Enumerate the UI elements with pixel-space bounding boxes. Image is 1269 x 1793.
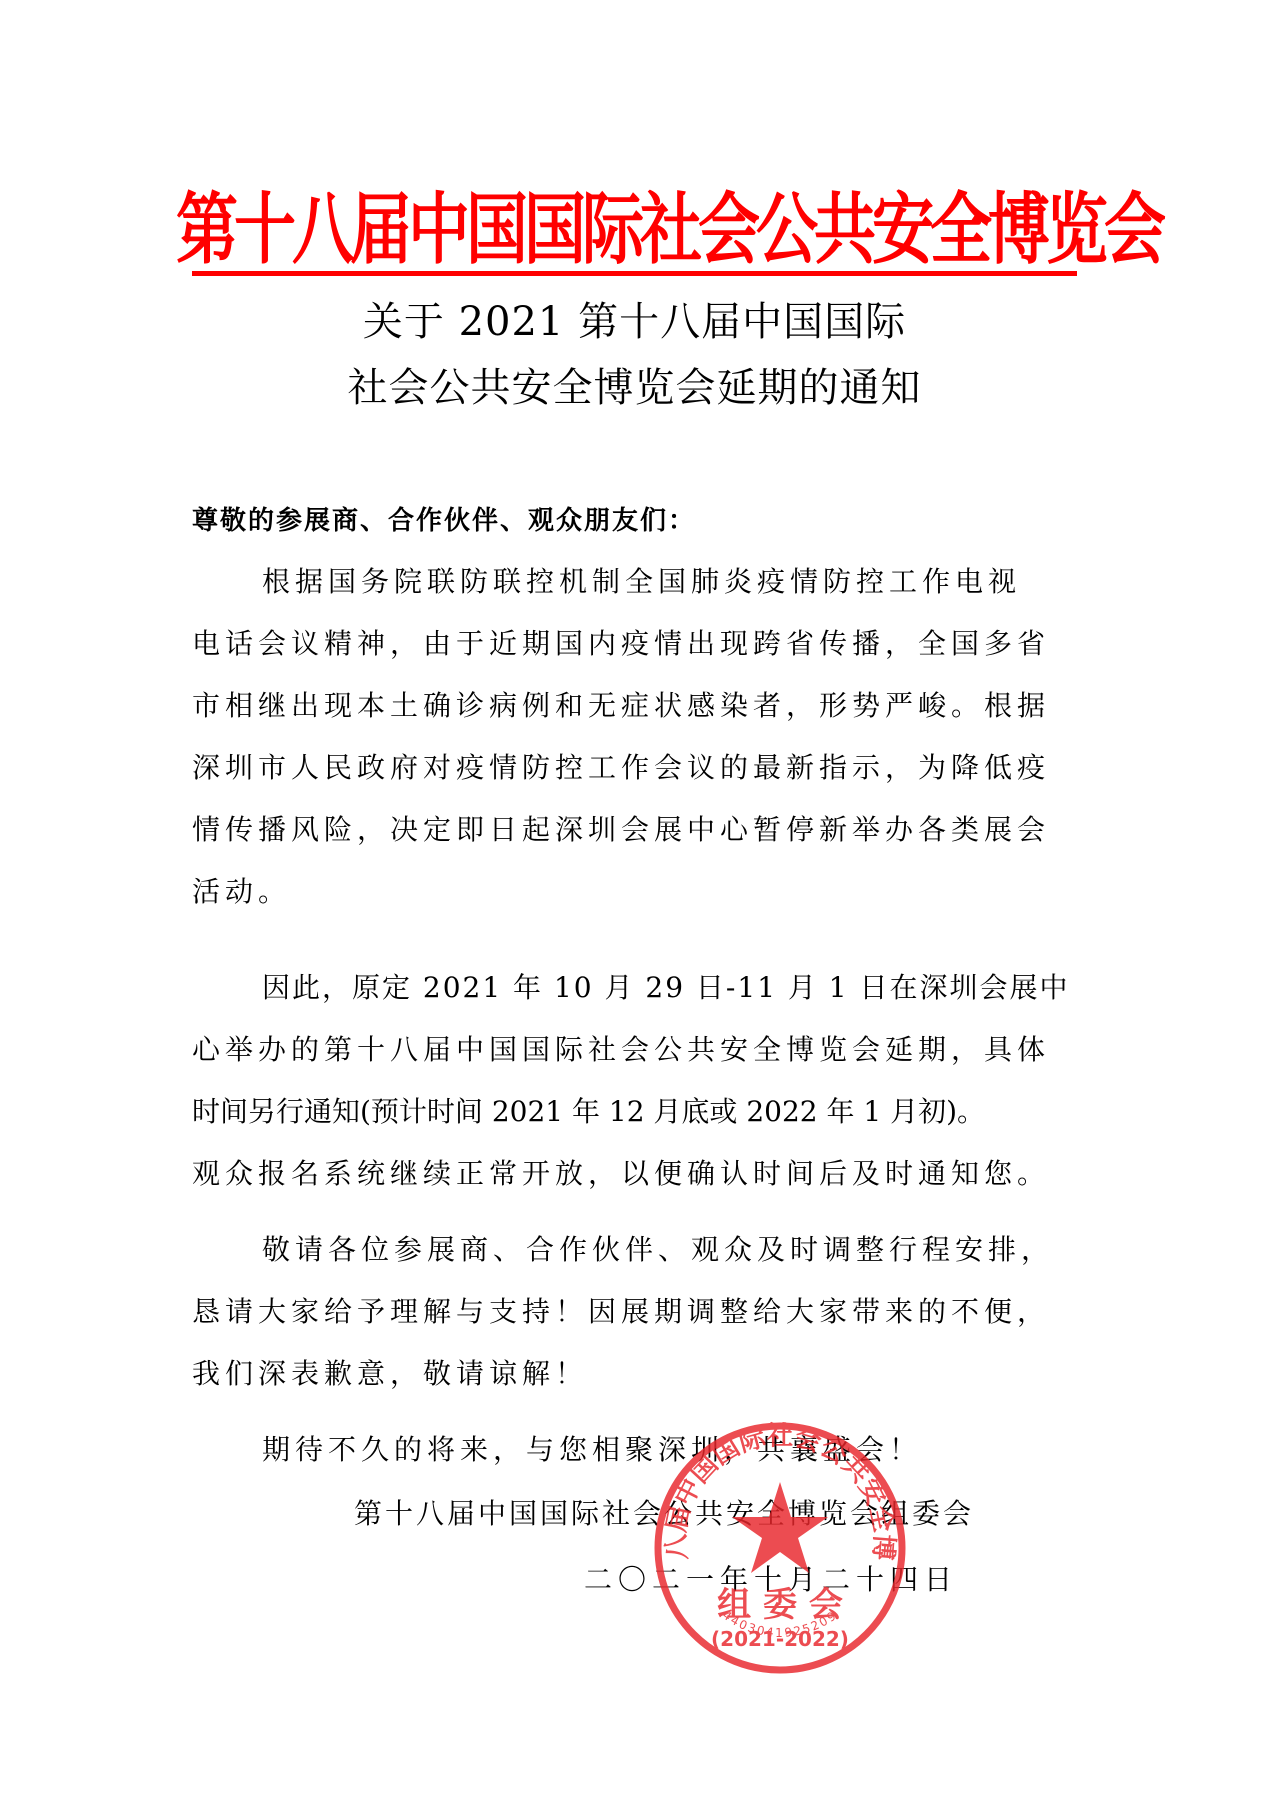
paragraph-4-line-1: 期待不久的将来，与您相聚深圳，共襄盛会！ [262, 1428, 1080, 1468]
paragraph-1-line-1: 根据国务院联防联控机制全国肺炎疫情防控工作电视 [262, 560, 1080, 600]
paragraph-1-line-4: 深圳市人民政府对疫情防控工作会议的最新指示，为降低疫 [192, 746, 1080, 786]
notice-title-line-2: 社会公共安全博览会延期的通知 [0, 356, 1269, 413]
masthead-title: 第十八届中国国际社会公共安全博览会 [176, 176, 1084, 284]
paragraph-1-line-5: 情传播风险，决定即日起深圳会展中心暂停新举办各类展会 [192, 808, 1080, 848]
notice-page: 第十八届中国国际社会公共安全博览会 关于 2021 第十八届中国国际 社会公共安… [0, 0, 1269, 1793]
signature-date: 二〇二一年十月二十四日 [584, 1558, 958, 1598]
seal-code: 4403041925209 [720, 1608, 840, 1640]
signature-organization: 第十八届中国国际社会公共安全博览会组委会 [354, 1492, 974, 1532]
salutation: 尊敬的参展商、合作伙伴、观众朋友们： [192, 500, 696, 537]
notice-title-line-1: 关于 2021 第十八届中国国际 [0, 290, 1269, 347]
paragraph-1-line-6: 活动。 [192, 870, 1080, 910]
paragraph-2-line-1: 因此，原定 2021 年 10 月 29 日-11 月 1 日在深圳会展中 [262, 966, 1080, 1006]
paragraph-1-line-2: 电话会议精神，由于近期国内疫情出现跨省传播，全国多省 [192, 622, 1080, 662]
paragraph-3-line-3: 我们深表歉意，敬请谅解！ [192, 1352, 1080, 1392]
paragraph-3-line-1: 敬请各位参展商、合作伙伴、观众及时调整行程安排， [262, 1228, 1080, 1268]
seal-years: (2021-2022) [711, 1627, 849, 1651]
paragraph-3-line-2: 恳请大家给予理解与支持！因展期调整给大家带来的不便， [192, 1290, 1080, 1330]
paragraph-2-line-3: 时间另行通知(预计时间 2021 年 12 月底或 2022 年 1 月初)。 [192, 1090, 1080, 1130]
paragraph-2-line-2: 心举办的第十八届中国国际社会公共安全博览会延期，具体 [192, 1028, 1080, 1068]
paragraph-1-line-3: 市相继出现本土确诊病例和无症状感染者，形势严峻。根据 [192, 684, 1080, 724]
paragraph-2-line-4: 观众报名系统继续正常开放，以便确认时间后及时通知您。 [192, 1152, 1080, 1192]
masthead-red-rule [192, 271, 1077, 276]
